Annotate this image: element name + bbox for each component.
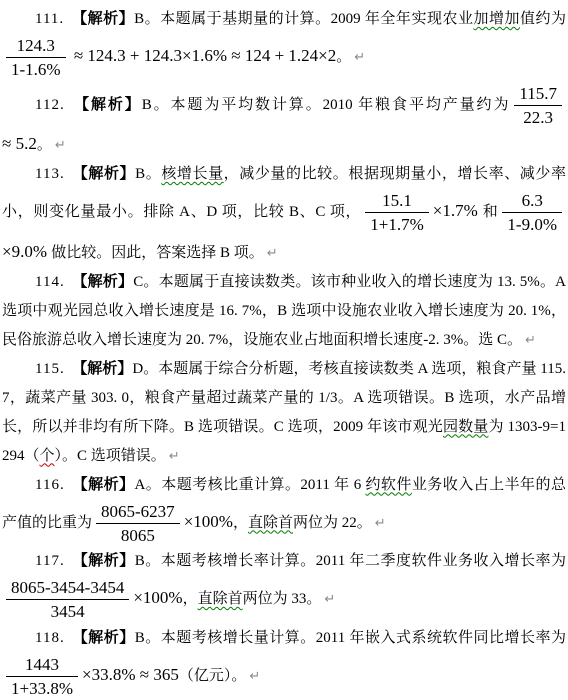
analysis-label: 【解析】 [72,11,135,27]
formula-run: ×1.7% [433,201,483,220]
text-run: 值约为 [520,11,566,27]
fraction-denominator: 1+1.7% [365,213,429,235]
formula-run: ≈ 5.2 [2,134,37,153]
text-run: 本题考核增长量计算。2011 年嵌入式系统软件同比增长率为 [161,630,566,646]
solution-document: 111. 【解析】B。本题属于基期量的计算。2009 年全年实现农业加增加值约为… [0,0,568,700]
paragraph-mark-icon: ↵ [166,449,180,464]
grammar-squiggle-text: 直除首 [198,591,243,607]
paragraph-mark-icon: ↵ [321,592,335,607]
grammar-squiggle-text: 园数量 [443,419,489,435]
answer-letter: B。 [135,630,161,646]
solution-item-116: 116. 【解析】A。本题考核比重计算。2011 年 6 约软件业务收入占上半年… [2,471,566,548]
answer-letter: B。 [142,97,171,113]
formula-run: ×100% [133,588,182,607]
grammar-squiggle-text: 约软件 [365,477,411,493]
spelling-squiggle-text: 个 [40,448,55,464]
fraction-numerator: 8065-6237 [96,501,180,524]
fraction-numerator: 1443 [6,654,78,677]
fraction-numerator: 15.1 [365,190,429,213]
text-run: ）。C 选项错误。 [55,448,166,464]
grammar-squiggle-text: 加增加 [473,11,520,27]
fraction-numerator: 115.7 [514,83,562,106]
text-run: 本题考核比重计算。2011 年 6 [161,477,365,493]
analysis-label: 【解析】 [72,630,135,646]
fraction-denominator: 3454 [6,600,129,622]
fraction-denominator: 8065 [96,524,180,546]
fraction-numerator: 8065-3454-3454 [6,577,129,600]
grammar-squiggle-text: 直除首 [248,515,293,531]
analysis-label: 【解析】 [72,361,132,377]
analysis-label: 【解析】 [72,166,135,182]
analysis-label: 【解析】 [72,97,142,113]
fraction: 6.31-9.0% [502,190,562,236]
fraction-denominator: 1-1.6% [6,58,66,80]
answer-letter: B。 [134,11,160,27]
formula-run: ≈ 124.3 + 124.3×1.6% ≈ 124 + 1.24×2 [70,46,337,65]
fraction: 8065-62378065 [96,501,180,547]
item-number: 117. [35,553,65,569]
fraction-denominator: 22.3 [514,106,562,128]
fraction-numerator: 124.3 [6,35,66,58]
answer-letter: B。 [135,553,161,569]
text-run: 两位为 33。 [243,591,322,607]
item-number: 116. [35,477,65,493]
text-run: ， [233,515,248,531]
text-run: 。 [37,137,52,153]
text-run: 。 [336,49,351,65]
paragraph-mark-icon: ↵ [372,516,386,531]
paragraph-mark-icon: ↵ [52,138,66,153]
formula-run: ×9.0% [2,242,51,261]
answer-letter: B。 [135,166,161,182]
analysis-label: 【解析】 [72,553,135,569]
analysis-label: 【解析】 [72,274,133,290]
solution-item-117: 117. 【解析】B。本题考核增长率计算。2011 年二季度软件业务收入增长率为… [2,547,566,624]
item-number: 111. [35,11,64,27]
text-run: 和 [483,204,499,220]
solution-item-114: 114. 【解析】C。本题属于直接读数类。该市种业收入的增长速度为 13. 5%… [2,268,566,355]
text-run: 本题考核增长率计算。2011 年二季度软件业务收入增长率为 [161,553,566,569]
item-number: 114. [35,274,65,290]
paragraph-mark-icon: ↵ [246,669,260,684]
solution-item-118: 118. 【解析】B。本题考核增长量计算。2011 年嵌入式系统软件同比增长率为… [2,624,566,700]
paragraph-mark-icon: ↵ [264,246,278,261]
text-run: （亿元）。 [179,668,247,684]
text-run: 两位为 22。 [293,515,372,531]
fraction: 15.11+1.7% [365,190,429,236]
fraction: 124.31-1.6% [6,35,66,81]
fraction: 14431+33.8% [6,654,78,700]
solution-item-111: 111. 【解析】B。本题属于基期量的计算。2009 年全年实现农业加增加值约为… [2,5,566,82]
paragraph-mark-icon: ↵ [351,50,365,65]
analysis-label: 【解析】 [72,477,134,493]
text-run: 做比较。因此，答案选择 B 项。 [51,245,264,261]
formula-run: ×33.8% ≈ 365 [82,665,179,684]
answer-letter: C。 [133,274,158,290]
item-number: 118. [35,630,65,646]
fraction-denominator: 1-9.0% [502,213,562,235]
text-run: 本题属于基期量的计算。2009 年全年实现农业 [160,11,473,27]
solution-item-115: 115. 【解析】D。本题属于综合分析题，考核直接读数类 A 选项，粮食产量 1… [2,355,566,471]
fraction-numerator: 6.3 [502,190,562,213]
grammar-squiggle-text: 核增长量 [161,166,223,182]
fraction: 8065-3454-34543454 [6,577,129,623]
text-run: ， [183,591,198,607]
item-number: 113. [35,166,65,182]
answer-letter: A。 [135,477,162,493]
text-run: 本题为平均数计算。2010 年粮食平均产量约为 [171,97,511,113]
document-page: { "colors": { "text": "#000000", "spellc… [0,0,568,700]
item-number: 115. [35,361,65,377]
answer-letter: D。 [132,361,158,377]
formula-run: ×100% [184,512,233,531]
fraction-denominator: 1+33.8% [6,677,78,699]
solution-item-112: 112. 【解析】B。本题为平均数计算。2010 年粮食平均产量约为115.72… [2,82,566,161]
fraction: 115.722.3 [514,83,562,129]
paragraph-mark-icon: ↵ [522,333,536,348]
item-number: 112. [35,97,65,113]
solution-item-113: 113. 【解析】B。核增长量，减少量的比较。根据现期量小，增长率、减少率小，则… [2,160,566,268]
